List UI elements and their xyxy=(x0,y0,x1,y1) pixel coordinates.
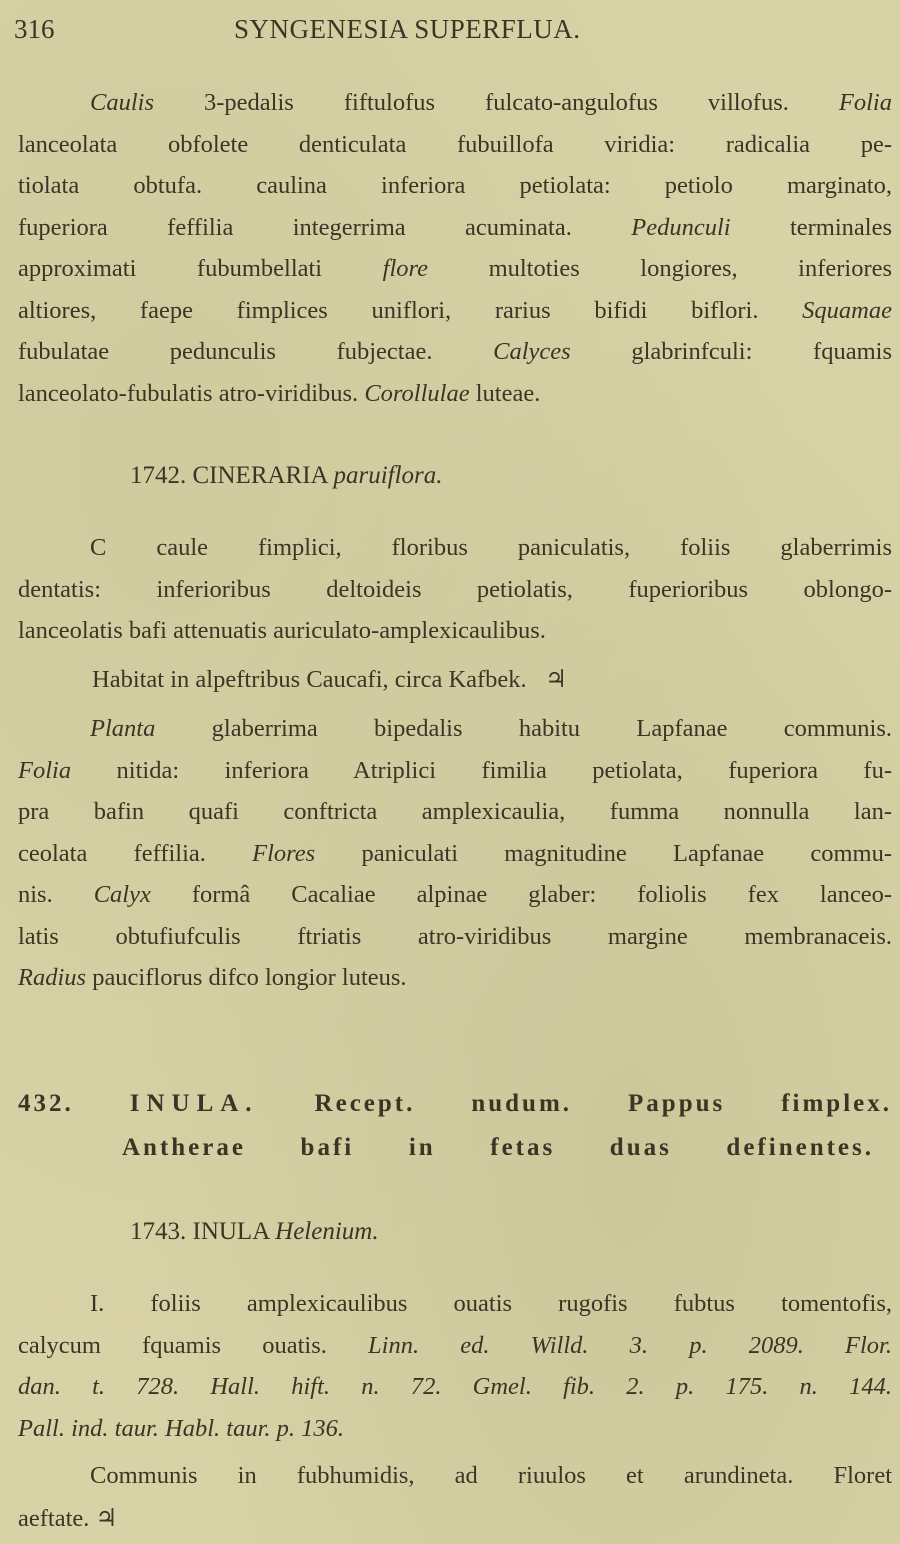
text-line: Radius pauciflorus difco longior luteus. xyxy=(18,957,892,999)
text-line: ceolata feffilia. Flores paniculati magn… xyxy=(18,833,892,875)
species-epithet: paruiflora. xyxy=(333,462,442,489)
perennial-symbol-icon: ♃ xyxy=(96,1503,118,1532)
text-line: Pall. ind. taur. Habl. taur. p. 136. xyxy=(18,1408,892,1450)
habitat-1743: Communis in fubhumidis, ad riuulos et ar… xyxy=(18,1455,892,1539)
perennial-symbol-icon: ♃ xyxy=(545,664,567,693)
text-line: fuperiora feffilia integerrima acuminata… xyxy=(18,207,892,249)
habitat-line: Communis in fubhumidis, ad riuulos et ar… xyxy=(18,1455,892,1497)
text-line: altiores, faepe fimplices uniflori, rari… xyxy=(18,290,892,332)
genus-line-1: 432. INULA. Recept. nudum. Pappus fimple… xyxy=(18,1082,892,1126)
text-line: tiolata obtufa. caulina inferiora petiol… xyxy=(18,165,892,207)
habitat-text: Habitat in alpeftribus Caucafi, circa Ka… xyxy=(92,666,527,693)
species-number: 1743. xyxy=(130,1218,186,1245)
diagnosis-1743: I. foliis amplexicaulibus ouatis rugofis… xyxy=(18,1283,892,1449)
text-line: lanceolato-fubulatis atro-viridibus. Cor… xyxy=(18,373,892,415)
genus-name: INULA. xyxy=(130,1090,259,1117)
species-number: 1742. xyxy=(130,462,186,489)
genus-heading-432: 432. INULA. Recept. nudum. Pappus fimple… xyxy=(18,1082,892,1170)
diagnosis-line: lanceolatis bafi attenuatis auriculato-a… xyxy=(18,610,892,652)
text-line: lanceolata obfolete denticulata fubuillo… xyxy=(18,124,892,166)
diagnosis-1742: C caule fimplici, floribus paniculatis, … xyxy=(18,527,892,652)
habitat-line: aeftate. ♃ xyxy=(18,1497,892,1540)
habitat-1742: Habitat in alpeftribus Caucafi, circa Ka… xyxy=(92,658,792,701)
diagnosis-line: dentatis: inferioribus deltoideis petiol… xyxy=(18,569,892,611)
genus-character: Recept. nudum. Pappus fimplex. xyxy=(315,1090,892,1117)
genus-line-2: Antherae bafi in fetas duas definentes. xyxy=(18,1126,874,1170)
text-line: Planta glaberrima bipedalis habitu Lapfa… xyxy=(18,708,892,750)
text-line: fubulatae pedunculis fubjectae. Calyces … xyxy=(18,331,892,373)
text-line: I. foliis amplexicaulibus ouatis rugofis… xyxy=(18,1283,892,1325)
species-heading-1743: 1743. INULA Helenium. xyxy=(130,1218,379,1246)
text-line: latis obtufiufculis ftriatis atro-viridi… xyxy=(18,916,892,958)
text-line: calycum fquamis ouatis. Linn. ed. Willd.… xyxy=(18,1325,892,1367)
species-genus: CINERARIA xyxy=(193,462,328,489)
diagnosis-line: C caule fimplici, floribus paniculatis, … xyxy=(18,527,892,569)
running-title: SYNGENESIA SUPERFLUA. xyxy=(234,14,581,45)
species-epithet: Helenium. xyxy=(275,1218,378,1245)
text-line: nis. Calyx formâ Cacaliae alpinae glaber… xyxy=(18,874,892,916)
page-number: 316 xyxy=(14,14,55,45)
text-line: Folia nitida: inferiora Atriplici fimili… xyxy=(18,750,892,792)
description-continued: Caulis 3-pedalis fiftulofus fulcato-angu… xyxy=(18,82,892,414)
book-page: 316 SYNGENESIA SUPERFLUA. Caulis 3-pedal… xyxy=(0,0,900,1544)
text-line: Caulis 3-pedalis fiftulofus fulcato-angu… xyxy=(18,82,892,124)
species-heading-1742: 1742. CINERARIA paruiflora. xyxy=(130,462,443,490)
text-line: dan. t. 728. Hall. hift. n. 72. Gmel. fi… xyxy=(18,1366,892,1408)
genus-number: 432. xyxy=(18,1090,74,1117)
species-genus: INULA xyxy=(193,1218,269,1245)
text-line: approximati fubumbellati flore multoties… xyxy=(18,248,892,290)
description-1742: Planta glaberrima bipedalis habitu Lapfa… xyxy=(18,708,892,999)
text-line: pra bafin quafi conftricta amplexicaulia… xyxy=(18,791,892,833)
page-header: 316 SYNGENESIA SUPERFLUA. xyxy=(14,14,886,54)
